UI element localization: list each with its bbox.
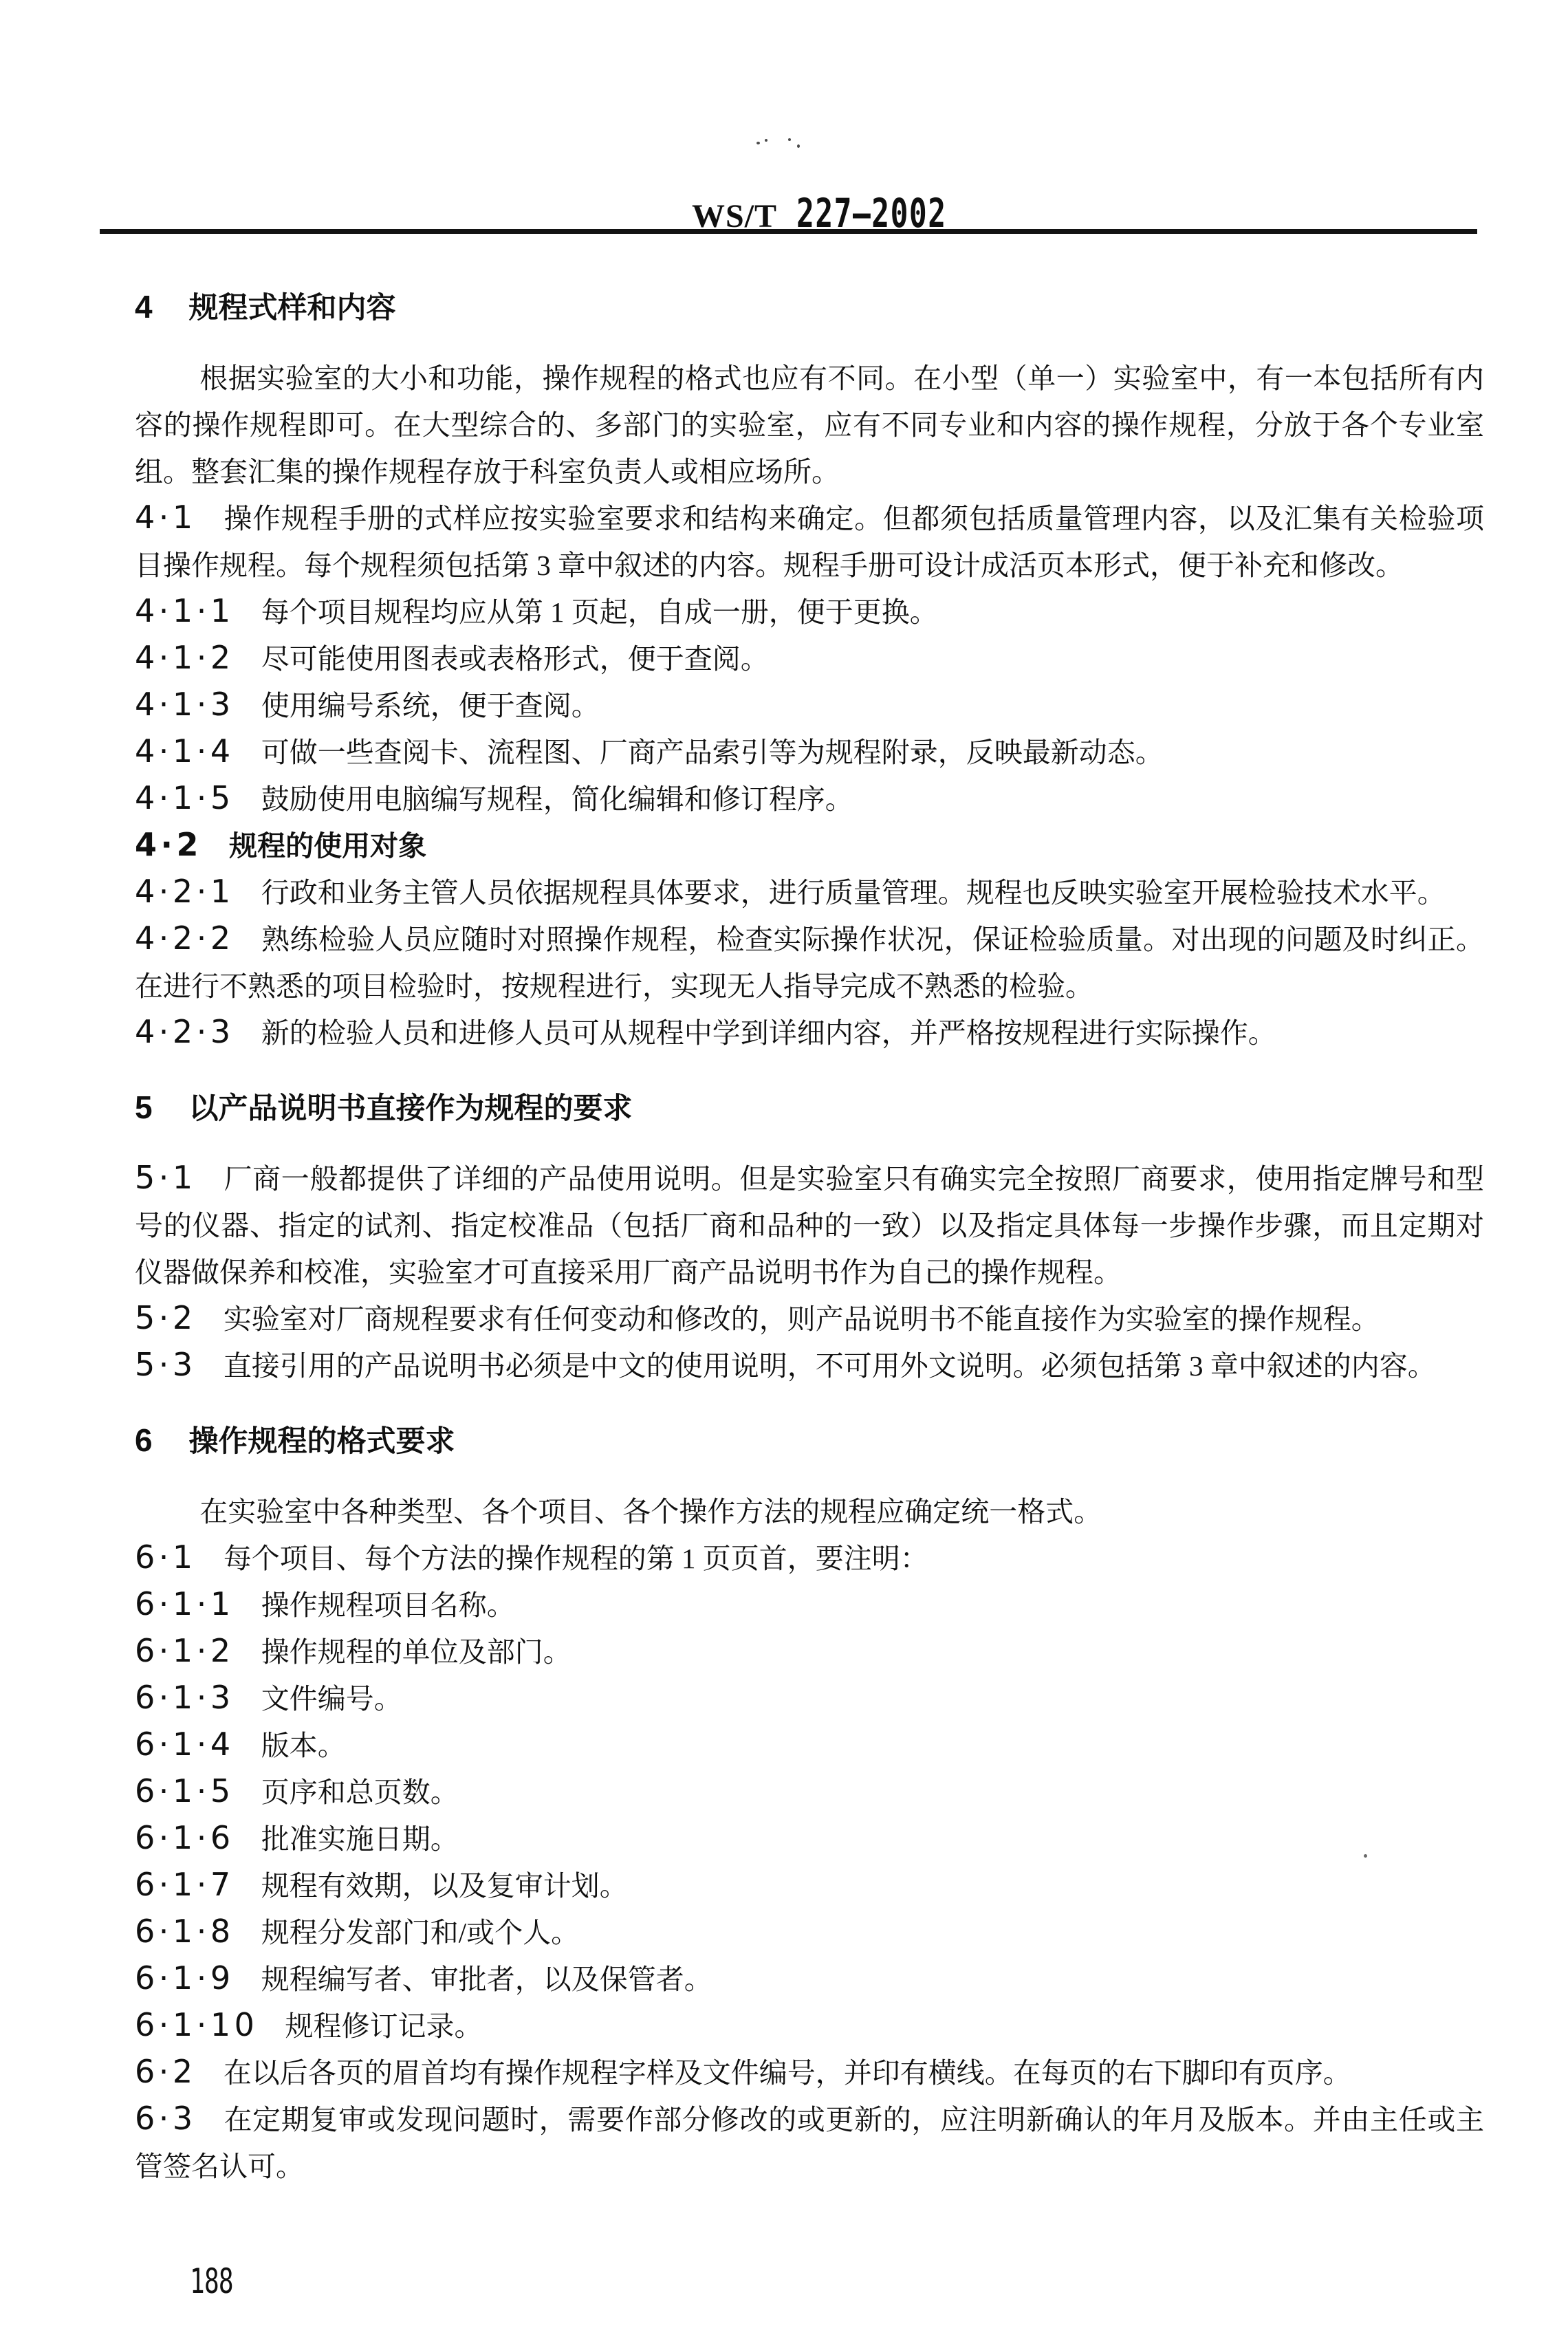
clause-number: 6·1	[135, 1539, 197, 1576]
clause-number: 6·1·5	[135, 1772, 235, 1809]
clause-4-1-1: 4·1·1每个项目规程均应从第 1 页起，自成一册，便于更换。	[135, 589, 1484, 635]
clause-number: 4·2·3	[135, 1013, 235, 1050]
clause-6-1-7: 6·1·7规程有效期，以及复审计划。	[135, 1862, 1484, 1909]
paragraph-intro-4: 根据实验室的大小和功能，操作规程的格式也应有不同。在小型（单一）实验室中，有一本…	[135, 355, 1484, 495]
section-number: 6	[135, 1422, 153, 1458]
clause-number: 6·1·10	[135, 2006, 258, 2043]
clause-number: 4·1·2	[135, 639, 235, 676]
clause-text: 新的检验人员和进修人员可从规程中学到详细内容，并严格按规程进行实际操作。	[261, 1017, 1276, 1049]
clause-4-2-heading: 4·2规程的使用对象	[135, 823, 1484, 869]
clause-number: 6·1·6	[135, 1819, 235, 1856]
clause-number: 4·2·2	[135, 920, 235, 957]
clause-number: 5·2	[135, 1299, 197, 1336]
clause-number: 4·2·1	[135, 873, 235, 910]
clause-4-2-3: 4·2·3新的检验人员和进修人员可从规程中学到详细内容，并严格按规程进行实际操作…	[135, 1010, 1484, 1056]
section-number: 5	[135, 1089, 153, 1125]
clause-6-1-3: 6·1·3文件编号。	[135, 1675, 1484, 1722]
section-title-text: 操作规程的格式要求	[188, 1425, 455, 1458]
clause-text: 操作规程项目名称。	[261, 1589, 515, 1621]
clause-6-1-10: 6·1·10规程修订记录。	[135, 2003, 1484, 2050]
clause-4-1-5: 4·1·5鼓励使用电脑编写规程，简化编辑和修订程序。	[135, 776, 1484, 823]
clause-number: 4·1·4	[135, 732, 235, 770]
clause-text: 页序和总页数。	[261, 1776, 459, 1808]
section-4-heading: 4规程式样和内容	[135, 289, 1484, 326]
clause-text: 规程的使用对象	[229, 830, 426, 862]
clause-number: 4·1·5	[135, 779, 235, 816]
section-title-text: 规程式样和内容	[188, 292, 395, 325]
clause-5-1: 5·1厂商一般都提供了详细的产品使用说明。但是实验室只有确实完全按照厂商要求，使…	[135, 1155, 1484, 1296]
clause-6-2: 6·2在以后各页的眉首均有操作规程字样及文件编号，并印有横线。在每页的右下脚印有…	[135, 2050, 1484, 2096]
clause-6-1-2: 6·1·2操作规程的单位及部门。	[135, 1629, 1484, 1675]
clause-5-3: 5·3直接引用的产品说明书必须是中文的使用说明，不可用外文说明。必须包括第 3 …	[135, 1343, 1484, 1389]
clause-6-1-6: 6·1·6批准实施日期。	[135, 1816, 1484, 1862]
clause-text: 鼓励使用电脑编写规程，简化编辑和修订程序。	[261, 783, 853, 815]
paragraph-intro-6: 在实验室中各种类型、各个项目、各个操作方法的规程应确定统一格式。	[135, 1488, 1484, 1535]
clause-number: 4·2	[135, 826, 202, 863]
clause-4-2-2: 4·2·2熟练检验人员应随时对照操作规程，检查实际操作状况，保证检验质量。对出现…	[135, 916, 1484, 1010]
clause-number: 6·1·1	[135, 1585, 235, 1622]
clause-text: 规程有效期，以及复审计划。	[261, 1870, 628, 1902]
clause-text: 每个项目规程均应从第 1 页起，自成一册，便于更换。	[261, 596, 938, 628]
clause-text: 规程编写者、审批者，以及保管者。	[261, 1964, 712, 1995]
document-page: WS/T 227—2002 4规程式样和内容 根据实验室的大小和功能，操作规程的…	[0, 0, 1568, 2348]
clause-number: 5·1	[135, 1159, 197, 1196]
clause-text: 直接引用的产品说明书必须是中文的使用说明，不可用外文说明。必须包括第 3 章中叙…	[224, 1350, 1436, 1382]
clause-5-2: 5·2实验室对厂商规程要求有任何变动和修改的，则产品说明书不能直接作为实验室的操…	[135, 1296, 1484, 1343]
clause-text: 版本。	[261, 1730, 346, 1761]
clause-6-3: 6·3在定期复审或发现问题时，需要作部分修改的或更新的，应注明新确认的年月及版本…	[135, 2096, 1484, 2190]
header-rule	[100, 229, 1477, 234]
page-content: 4规程式样和内容 根据实验室的大小和功能，操作规程的格式也应有不同。在小型（单一…	[135, 289, 1484, 2190]
section-number: 4	[135, 289, 153, 325]
section-title-text: 以产品说明书直接作为规程的要求	[188, 1092, 632, 1125]
clause-text: 厂商一般都提供了详细的产品使用说明。但是实验室只有确实完全按照厂商要求，使用指定…	[135, 1163, 1484, 1288]
clause-text: 尽可能使用图表或表格形式，便于查阅。	[261, 643, 769, 675]
clause-number: 6·1·8	[135, 1913, 235, 1950]
scan-speck	[797, 144, 800, 148]
clause-number: 6·1·9	[135, 1959, 235, 1997]
clause-number: 6·1·3	[135, 1679, 235, 1716]
section-6-heading: 6操作规程的格式要求	[135, 1422, 1484, 1459]
clause-text: 熟练检验人员应随时对照操作规程，检查实际操作状况，保证检验质量。对出现的问题及时…	[135, 924, 1484, 1002]
scan-speck	[756, 142, 760, 144]
clause-number: 6·1·7	[135, 1866, 235, 1903]
page-number: 188	[190, 2261, 233, 2301]
section-5-heading: 5以产品说明书直接作为规程的要求	[135, 1089, 1484, 1127]
clause-text: 在以后各页的眉首均有操作规程字样及文件编号，并印有横线。在每页的右下脚印有页序。	[224, 2057, 1351, 2089]
clause-6-1-8: 6·1·8规程分发部门和/或个人。	[135, 1909, 1484, 1956]
clause-6-1-1: 6·1·1操作规程项目名称。	[135, 1582, 1484, 1629]
clause-4-1: 4·1操作规程手册的式样应按实验室要求和结构来确定。但都须包括质量管理内容，以及…	[135, 495, 1484, 589]
clause-6-1-4: 6·1·4版本。	[135, 1722, 1484, 1769]
clause-text: 可做一些查阅卡、流程图、厂商产品索引等为规程附录，反映最新动态。	[261, 737, 1164, 768]
clause-number: 6·1·4	[135, 1726, 235, 1763]
clause-text: 每个项目、每个方法的操作规程的第 1 页页首，要注明：	[224, 1543, 928, 1574]
clause-4-1-4: 4·1·4可做一些查阅卡、流程图、厂商产品索引等为规程附录，反映最新动态。	[135, 729, 1484, 776]
clause-text: 批准实施日期。	[261, 1823, 459, 1855]
clause-6-1-9: 6·1·9规程编写者、审批者，以及保管者。	[135, 1956, 1484, 2003]
clause-text: 操作规程手册的式样应按实验室要求和结构来确定。但都须包括质量管理内容，以及汇集有…	[135, 503, 1484, 581]
clause-text: 操作规程的单位及部门。	[261, 1636, 571, 1668]
clause-text: 在定期复审或发现问题时，需要作部分修改的或更新的，应注明新确认的年月及版本。并由…	[135, 2104, 1484, 2182]
clause-number: 6·3	[135, 2100, 197, 2137]
clause-text: 规程分发部门和/或个人。	[261, 1917, 579, 1948]
clause-number: 4·1	[135, 499, 197, 536]
clause-number: 4·1·3	[135, 686, 235, 723]
clause-4-1-3: 4·1·3使用编号系统，便于查阅。	[135, 682, 1484, 729]
scan-speck	[788, 138, 791, 141]
clause-6-1: 6·1每个项目、每个方法的操作规程的第 1 页页首，要注明：	[135, 1535, 1484, 1582]
clause-number: 6·1·2	[135, 1632, 235, 1669]
clause-text: 使用编号系统，便于查阅。	[261, 690, 600, 721]
clause-text: 行政和业务主管人员依据规程具体要求，进行质量管理。规程也反映实验室开展检验技术水…	[261, 877, 1446, 909]
clause-4-1-2: 4·1·2尽可能使用图表或表格形式，便于查阅。	[135, 635, 1484, 682]
clause-number: 6·2	[135, 2053, 197, 2090]
clause-number: 4·1·1	[135, 592, 235, 629]
clause-text: 文件编号。	[261, 1683, 402, 1715]
scan-speck	[765, 139, 767, 142]
clause-6-1-5: 6·1·5页序和总页数。	[135, 1769, 1484, 1816]
clause-text: 规程修订记录。	[285, 2010, 483, 2042]
clause-4-2-1: 4·2·1行政和业务主管人员依据规程具体要求，进行质量管理。规程也反映实验室开展…	[135, 869, 1484, 916]
clause-text: 实验室对厂商规程要求有任何变动和修改的，则产品说明书不能直接作为实验室的操作规程…	[224, 1303, 1380, 1335]
clause-number: 5·3	[135, 1346, 197, 1383]
